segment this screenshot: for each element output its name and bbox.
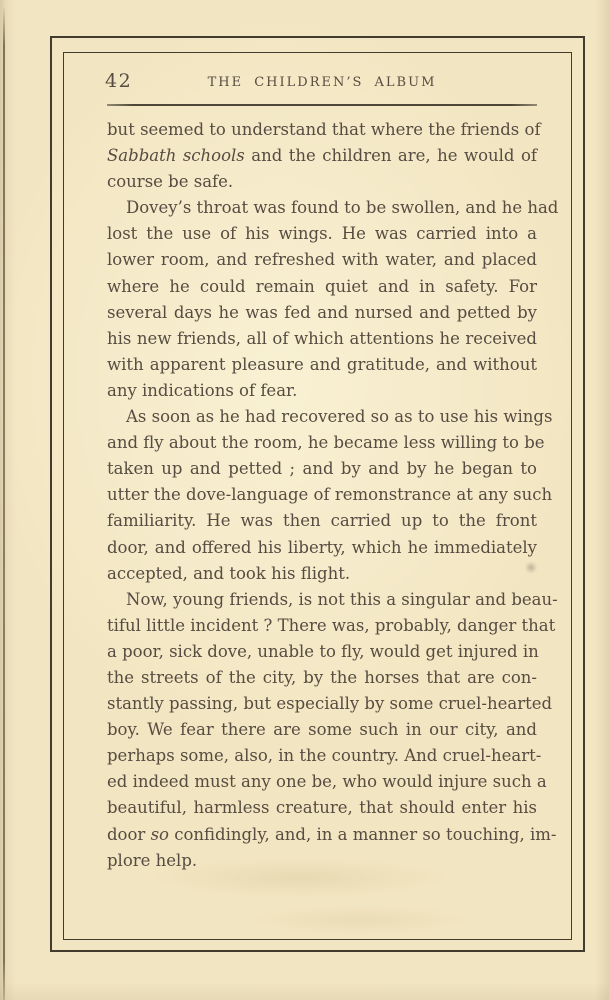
text-line: accepted, and took his flight.	[107, 561, 537, 587]
text-segment: where he could remain quiet and in safet…	[107, 277, 537, 296]
text-segment: beautiful, harmless creature, that shoul…	[107, 798, 537, 817]
italic-text-segment: Sabbath schools	[107, 146, 245, 165]
text-line: door so confidingly, and, in a manner so…	[107, 822, 537, 848]
text-segment: and fly about the room, he became less w…	[107, 433, 545, 452]
text-segment: the streets of the city, by the horses t…	[107, 668, 537, 687]
text-segment: ed indeed must any one be, who would inj…	[107, 772, 547, 791]
text-segment: a poor, sick dove, unable to fly, would …	[107, 642, 539, 661]
text-line: but seemed to understand that where the …	[107, 117, 537, 143]
text-segment: course be safe.	[107, 172, 233, 191]
text-line: boy. We fear there are some such in our …	[107, 717, 537, 743]
text-line: ed indeed must any one be, who would inj…	[107, 769, 537, 795]
text-segment: but seemed to understand that where the …	[107, 120, 541, 139]
text-line: familiarity. He was then carried up to t…	[107, 508, 537, 534]
text-line: Sabbath schools and the children are, he…	[107, 143, 537, 169]
text-segment: door	[107, 825, 151, 844]
text-line: and fly about the room, he became less w…	[107, 430, 537, 456]
running-title: THE CHILDREN’S ALBUM	[107, 75, 537, 90]
text-line: utter the dove-language of remonstrance …	[107, 482, 537, 508]
text-segment: Now, young friends, is not this a singul…	[126, 590, 558, 609]
text-line: where he could remain quiet and in safet…	[107, 274, 537, 300]
running-head: 42 THE CHILDREN’S ALBUM	[107, 70, 537, 96]
text-segment: confidingly, and, in a manner so touchin…	[169, 825, 557, 844]
text-line: tiful little incident ? There was, proba…	[107, 613, 537, 639]
italic-text-segment: so	[151, 825, 169, 844]
text-line: perhaps some, also, in the country. And …	[107, 743, 537, 769]
text-segment: several days he was fed and nursed and p…	[107, 303, 537, 322]
text-line: any indications of fear.	[107, 378, 537, 404]
text-segment: Dovey’s throat was found to be swollen, …	[126, 198, 558, 217]
text-segment: taken up and petted ; and by and by he b…	[107, 459, 537, 478]
text-segment: stantly passing, but especially by some …	[107, 694, 552, 713]
text-segment: utter the dove-language of remonstrance …	[107, 485, 552, 504]
text-line: with apparent pleasure and gratitude, an…	[107, 352, 537, 378]
text-segment: and the children are, he would of	[245, 146, 537, 165]
body-text: but seemed to understand that where the …	[107, 117, 537, 874]
text-line: a poor, sick dove, unable to fly, would …	[107, 639, 537, 665]
text-segment: any indications of fear.	[107, 381, 297, 400]
text-segment: door, and offered his liberty, which he …	[107, 538, 537, 557]
text-line: his new friends, all of which attentions…	[107, 326, 537, 352]
text-segment: boy. We fear there are some such in our …	[107, 720, 537, 739]
text-line: beautiful, harmless creature, that shoul…	[107, 795, 537, 821]
text-line: course be safe.	[107, 169, 537, 195]
text-segment: accepted, and took his flight.	[107, 564, 350, 583]
text-line: As soon as he had recovered so as to use…	[107, 404, 537, 430]
text-line: Dovey’s throat was found to be swollen, …	[107, 195, 537, 221]
text-segment: lost the use of his wings. He was carrie…	[107, 224, 537, 243]
page-edge-shadow	[3, 6, 5, 1000]
header-rule	[107, 104, 537, 106]
text-segment: tiful little incident ? There was, proba…	[107, 616, 555, 635]
text-line: door, and offered his liberty, which he …	[107, 535, 537, 561]
text-segment: plore help.	[107, 851, 197, 870]
text-line: several days he was fed and nursed and p…	[107, 300, 537, 326]
text-line: Now, young friends, is not this a singul…	[107, 587, 537, 613]
text-line: stantly passing, but especially by some …	[107, 691, 537, 717]
text-line: lower room, and refreshed with water, an…	[107, 247, 537, 273]
text-segment: lower room, and refreshed with water, an…	[107, 250, 537, 269]
text-segment: his new friends, all of which attentions…	[107, 329, 537, 348]
scanned-book-page: 42 THE CHILDREN’S ALBUM but seemed to un…	[0, 0, 609, 1000]
text-line: taken up and petted ; and by and by he b…	[107, 456, 537, 482]
text-segment: perhaps some, also, in the country. And …	[107, 746, 541, 765]
text-line: plore help.	[107, 848, 537, 874]
text-line: lost the use of his wings. He was carrie…	[107, 221, 537, 247]
text-segment: familiarity. He was then carried up to t…	[107, 511, 537, 530]
text-segment: As soon as he had recovered so as to use…	[126, 407, 552, 426]
text-segment: with apparent pleasure and gratitude, an…	[107, 355, 537, 374]
text-line: the streets of the city, by the horses t…	[107, 665, 537, 691]
